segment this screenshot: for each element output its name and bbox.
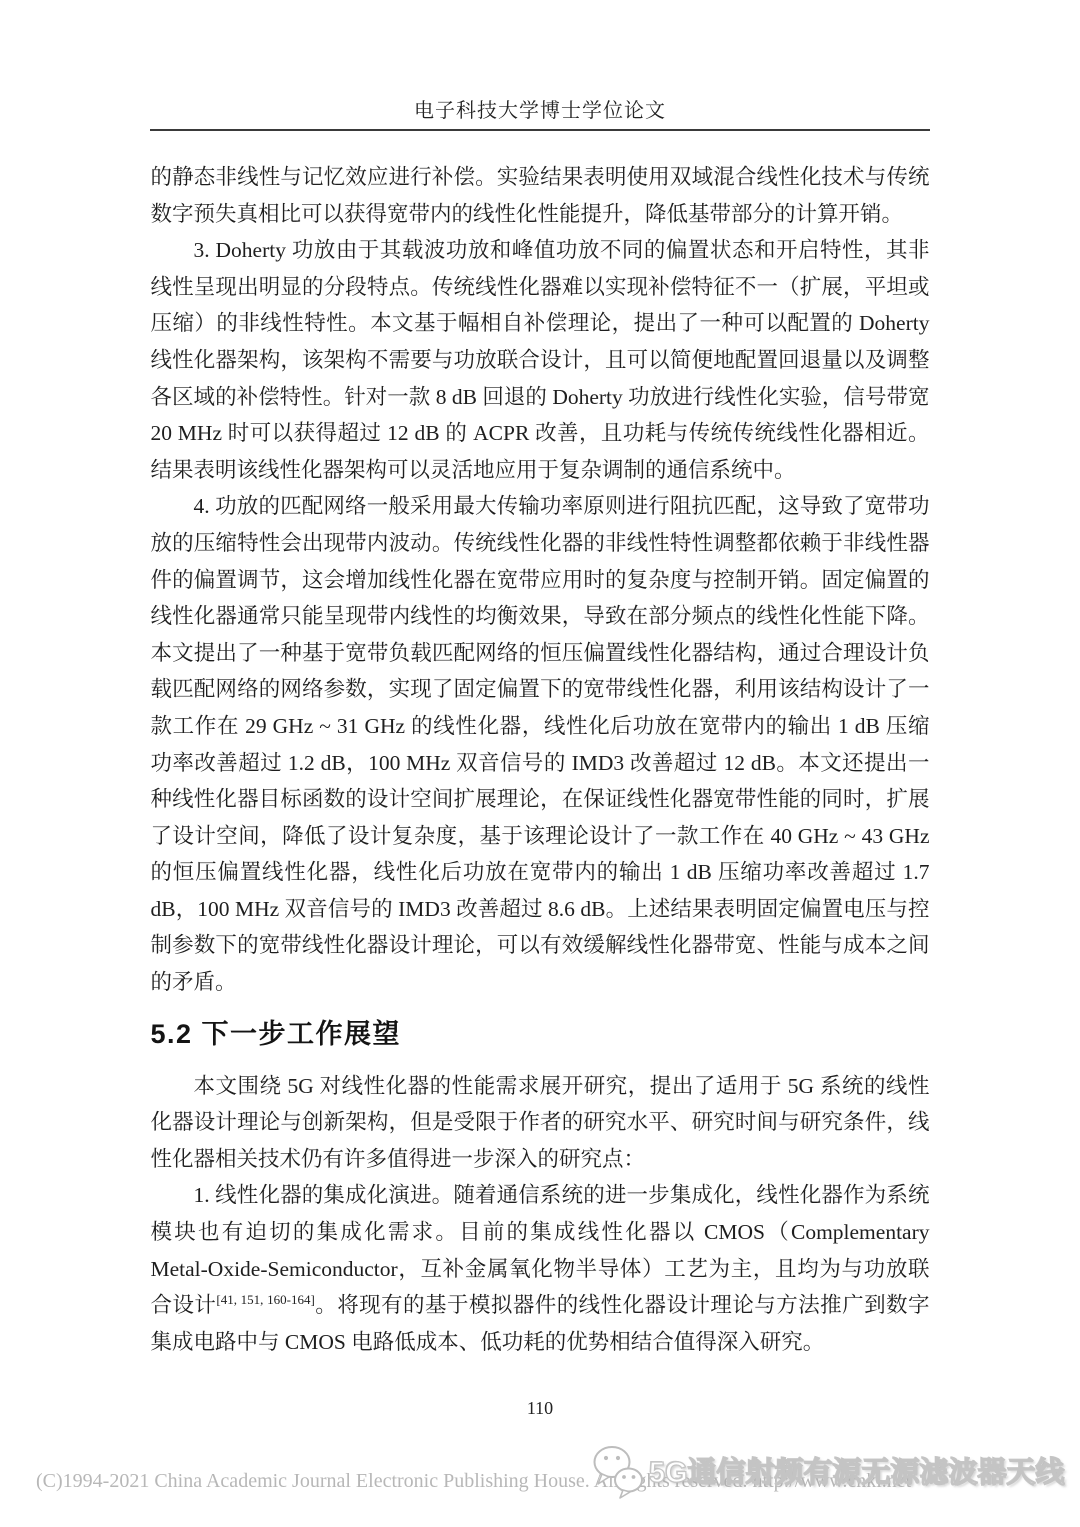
page-number: 110 <box>0 1398 1080 1419</box>
watermark-text: 5G通信射频有源无源滤波器天线 <box>649 1450 1065 1491</box>
section-paragraphs: 本文围绕 5G 对线性化器的性能需求展开研究，提出了适用于 5G 系统的线性化器… <box>151 1068 930 1361</box>
paragraph: 1. 线性化器的集成化演进。随着通信系统的进一步集成化，线性化器作为系统模块也有… <box>151 1177 930 1360</box>
paragraph: 本文围绕 5G 对线性化器的性能需求展开研究，提出了适用于 5G 系统的线性化器… <box>151 1068 930 1178</box>
dissertation-page: 电子科技大学博士学位论文 的静态非线性与记忆效应进行补偿。实验结果表明使用双域混… <box>0 0 1080 1527</box>
section-heading: 5.2 下一步工作展望 <box>151 1016 930 1052</box>
page-header: 电子科技大学博士学位论文 <box>0 0 1080 131</box>
paragraph: 3. Doherty 功放由于其载波功放和峰值功放不同的偏置状态和开启特性，其非… <box>151 232 930 488</box>
paragraph: 的静态非线性与记忆效应进行补偿。实验结果表明使用双域混合线性化技术与传统数字预失… <box>151 159 930 232</box>
body-paragraphs: 的静态非线性与记忆效应进行补偿。实验结果表明使用双域混合线性化技术与传统数字预失… <box>151 159 930 1001</box>
page-body: 的静态非线性与记忆效应进行补偿。实验结果表明使用双域混合线性化技术与传统数字预失… <box>151 131 930 1360</box>
watermark: 5G通信射频有源无源滤波器天线 <box>590 1441 1065 1499</box>
header-title: 电子科技大学博士学位论文 <box>0 0 1080 123</box>
wechat-icon <box>590 1441 646 1499</box>
paragraph-text: 本文围绕 5G 对线性化器的性能需求展开研究，提出了适用于 5G 系统的线性化器… <box>151 1074 930 1171</box>
paragraph-text: 4. 功放的匹配网络一般采用最大传输功率原则进行阻抗匹配，这导致了宽带功放的压缩… <box>151 494 930 994</box>
citation-ref: [41, 151, 160-164] <box>216 1292 314 1307</box>
paragraph-text: 3. Doherty 功放由于其载波功放和峰值功放不同的偏置状态和开启特性，其非… <box>151 238 930 482</box>
paragraph: 4. 功放的匹配网络一般采用最大传输功率原则进行阻抗匹配，这导致了宽带功放的压缩… <box>151 488 930 1000</box>
paragraph-text: 的静态非线性与记忆效应进行补偿。实验结果表明使用双域混合线性化技术与传统数字预失… <box>151 165 930 226</box>
